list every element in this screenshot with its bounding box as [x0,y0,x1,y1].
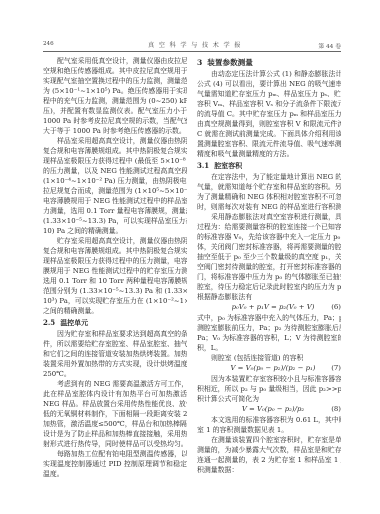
volume-label: 第 44 卷 [318,41,341,50]
equation: V = V₀(p₀ − p₂)/p₂(8) [197,404,341,415]
paragraph: 考虑到有的 NEG 需要高温激活方可工作，因此在样品室腔体内设计有加热平台可加热… [43,379,187,449]
equation: p₀V₀ + p₁V = p₂(V₀ + V)(6) [197,302,341,313]
text-line: 贮存室采用超高真空设计，测量仪器由热阴极 [43,236,187,246]
running-header: 246 真空科学与技术学报 第 44 卷 [43,40,341,51]
text-line: 加热管，激活温度≤500℃，样品台和加热棒隔空的 [43,419,187,429]
paragraph: 在测量该装置四个腔室容积时，贮存室是单独测量的，为减少暴露大气次数，样品室是和贮… [197,435,341,475]
text-line: 因为贮存室和样品室要求达到超高真空的条 [43,329,187,339]
text-line: 膜规用于 NEG 性能测试过程中的贮存室压力测量。 [43,266,187,276]
text-line: 则腔室 (包括连接管道) 的容积 [197,353,341,363]
text-line: 装置采用外置加热带的方式实现，设计烘烤温度≤ [43,359,187,369]
text-line: 为了测量精确和 NEG 体积相对腔室容积不可忽略 [197,192,341,202]
paragraph: 配气室采用低真空设计，测量仪器由皮拉尼真空规和绝压传感器组成。其中皮拉尼真空规用… [43,56,187,136]
section-number: 2.5 [43,316,55,329]
journal-title: 真空科学与技术学报 [43,40,341,49]
text-line: 件，所以需要给贮存室腔室、样品室腔室、抽气管道 [43,339,187,349]
text-line: 室 1 的容积测量数据见表 1。 [197,425,341,435]
text-line: 在定容法中，为了能定量地计算出 NEG 的吸 [197,172,341,182]
text-line: 复合规和电容薄膜规组成。其中热阴极复合规实 [43,146,187,156]
text-line: 样品室采用超高真空设计，测量仪器由热阴极 [43,136,187,146]
section-heading: 3.1腔室容积 [197,159,341,172]
paragraph: 在定容法中，为了能定量地计算出 NEG 的吸气量，就需知道每个贮存室和样品室的容… [197,172,341,212]
text-line: 考虑到有的 NEG 需要高温激活方可工作，因 [43,379,187,389]
text-line: C 就需在测试前测量完成。下面具体介绍利用该装 [197,129,341,139]
text-line: 气量，就需知道每个贮存室和样品室的容积。另外， [197,182,341,192]
text-line: 现样品室极限压力获得过程中的压力测量，电容薄 [43,256,187,266]
text-line: 积测量数据： [197,465,341,475]
text-line: 大于等于 1000 Pa 时参考绝压传感器的示数。 [43,126,187,136]
text-line: 腔室，待压力稳定后记录此时腔室内的压力为 p₂， [197,282,341,292]
text-line: 射形式进行热传导，同时使样品可以受热均匀。 [43,439,187,449]
text-line: 设计是为了防止样品和加热棒直接接触，采用热辐 [43,429,187,439]
text-line: 每路加热工位配有铂电阻型测温传感器，以 [43,449,187,459]
text-line: 的流导值 C。其中贮存室压力 pₘ 和样品室压力 pₛ [197,109,341,119]
text-line: (1.33×10⁻⁵~13.3) Pa，可以实现样品室压力在 (1×10⁻²~ [43,216,187,226]
text-line: 1000 Pa 时参考皮拉尼真空规的示数，当配气室压力 [43,116,187,126]
paragraph: 采用静态膨胀法对真空室容积进行测量，具体过程为：给需要测量容积的腔室连接一个已知… [197,212,341,302]
right-column: 3装置参数测量由动态定压法计算公式 (1) 和静态膨胀法计算公式 (4) 可以看… [197,57,341,475]
text-line: 的标准容器 V₀，先给该容器中充入一定压力 p₀ 的气 [197,232,341,242]
section-title: 温控单元 [60,318,88,327]
section-number: 3.1 [197,159,209,172]
equation-expression: V = V₀(p₀ − p₂)/(p₂ − p₁) [197,363,341,374]
text-line: 连通一起测量的，表 2 为贮存室 1 和样品室 1 总容 [197,455,341,465]
text-line: 式中，p₀ 为标准容器中充入的气体压力，Pa；p₁ 为待 [197,313,341,323]
text-line: 气量需知道贮存室压力 pₘ、样品室压力 pₛ、贮存室 [197,89,341,99]
text-line: 测腔室膨胀前压力，Pa；p₂ 为待测腔室膨胀后压力， [197,323,341,333]
text-line: 因为本装置贮存室容积较小且与标准容器容 [197,374,341,384]
text-line: 复合规和电容薄膜规组成。其中热阴极复合规实 [43,246,187,256]
paragraph: 因为贮存室和样品室要求达到超高真空的条件，所以需要给贮存室腔室、样品室腔室、抽气… [43,329,187,379]
text-line: 程中的充气压力监测，测量范围为 (0~250) kPa (绝 [43,96,187,106]
text-line: 和它们之间的连接管道安装加热烘烤装置。加热 [43,349,187,359]
text-line: 置测量腔室容积、限流元件流导值、吸气速率测量 [197,139,341,149]
text-line: 的压力测量，以及 NEG 性能测试过程高真空段 [43,166,187,176]
text-line: NEG 样品。样品放置台采用传热性能优良、放气率 [43,399,187,409]
text-line: 积相近，所以 p₂ 与 p₀ 量级相当，因此 p₂>>p₁，所以容 [197,384,341,394]
paragraph: 式中，p₀ 为标准容器中充入的气体压力，Pa；p₁ 为待测腔室膨胀前压力，Pa；… [197,313,341,353]
text-line: 积计算公式可简化为 [197,394,341,404]
text-line: 此在样品室腔体内设计有加热平台可加热激活 [43,389,187,399]
section-title: 装置参数测量 [207,58,253,67]
text-line: 温度。 [43,469,187,479]
text-line: 测量的，为减少暴露大气次数，样品室是和贮存室 [197,445,341,455]
equation-expression: p₀V₀ + p₁V = p₂(V₀ + V) [197,302,341,313]
text-line: 250℃。 [43,369,187,379]
text-line: 本文选用的标准容器容积为 0.61 L，其中贮存 [197,415,341,425]
header-divider [43,51,341,52]
text-line: 10) Pa 之间的精确测量。 [43,226,187,236]
text-line: 之间的精确测量。 [43,306,187,316]
section-title: 腔室容积 [214,161,242,170]
text-line: 门，将标准容器中压力为 p₀ 的气体膨胀至已抽空的 [197,272,341,282]
text-line: 范围分别为 (1.33×10⁻⁵~13.3) Pa 和 (1.33×10⁻³~1… [43,286,187,296]
equation-number: (6) [331,302,341,313]
text-line: 压)，并配置有数显监测仪表。配气室压力小于 [43,106,187,116]
text-line: 实现配气室抽空置换过程中的压力监测，测量范围 [43,76,187,86]
section-heading: 2.5温控单元 [43,316,187,329]
text-line: 在测量该装置四个腔室容积时，贮存室是单独 [197,435,341,445]
text-line: 体，关闭阀门密封标准容器，将再需要测量的腔室 [197,242,341,252]
paragraph: 每路加热工位配有铂电阻型测温传感器，以实现温度控制器通过 PID 控制原理调节和… [43,449,187,479]
text-line: 由动态定压法计算公式 (1) 和静态膨胀法计算 [197,69,341,79]
text-line: 10³) Pa，可以实现贮存室压力在 (1×10⁻²~1×10³) Pa [43,296,187,306]
text-line: 选用 0.1 Torr 和 10 Torr 两种量程电容薄膜规，测量 [43,276,187,286]
text-line: 空规和绝压传感器组成。其中皮拉尼真空规用于 [43,66,187,76]
paragraph: 则腔室 (包括连接管道) 的容积 [197,353,341,363]
text-line: 为 (5×10⁻¹~1×10⁵) Pa。绝压传感器用于实现充气过 [43,86,187,96]
equation-number: (7) [331,363,341,374]
text-line: 电容薄膜规用于 NEG 性能测试过程中的样品室压 [43,196,187,206]
paragraph: 样品室采用超高真空设计，测量仪器由热阴极复合规和电容薄膜规组成。其中热阴极复合规… [43,136,187,236]
left-column: 配气室采用低真空设计，测量仪器由皮拉尼真空规和绝压传感器组成。其中皮拉尼真空规用… [43,56,187,479]
section-heading: 3装置参数测量 [197,57,341,69]
text-line: 现样品室极限压力获得过程中 (最低至 5×10⁻⁸ Pa) [43,156,187,166]
equation: V = V₀(p₀ − p₂)/(p₂ − p₁)(7) [197,363,341,374]
paragraph: 因为本装置贮存室容积较小且与标准容器容积相近，所以 p₂ 与 p₀ 量级相当，因… [197,374,341,404]
text-line: 低的无氧铜材料制作，下面相隔一段距离安装 2 根 [43,409,187,419]
text-line: 采用静态膨胀法对真空室容积进行测量，具体 [197,212,341,222]
text-line: 空阀门密封待测量的腔室，打开密封标准容器的阀 [197,262,341,272]
paragraph: 贮存室采用超高真空设计，测量仪器由热阴极复合规和电容薄膜规组成。其中热阴极复合规… [43,236,187,316]
text-line: (1×10⁻⁴~1×10⁻² Pa) 压力测量，由热阴极电离规和皮 [43,176,187,186]
text-line: 拉尼规复合而成，测量范围为 (1×10⁵~5×10⁻⁸) Pa。 [43,186,187,196]
paragraph: 本文选用的标准容器容积为 0.61 L，其中贮存室 1 的容积测量数据见表 1。 [197,415,341,435]
paragraph: 由动态定压法计算公式 (1) 和静态膨胀法计算公式 (4) 可以看出，要计算出 … [197,69,341,159]
equation-expression: V = V₀(p₀ − p₂)/p₂ [197,404,341,415]
text-line: 抽空至低于 p₀ 至少三个数量级的真空度 p₁，关闭抽 [197,252,341,262]
text-line: 时，则需每次对装有 NEG 的样品室进行容积测量。 [197,202,341,212]
text-line: Pa；V₀ 为标准容器的容积，L；V 为待测腔室的容 [197,333,341,343]
text-line: 实现温度控制器通过 PID 控制原理调节和稳定 [43,459,187,469]
text-line: 根据静态膨胀法有 [197,292,341,302]
text-line: 精度和吸气量测量精度的方法。 [197,149,341,159]
text-line: 过程为：给需要测量容积的腔室连接一个已知容积 [197,222,341,232]
text-line: 配气室采用低真空设计，测量仪器由皮拉尼真 [43,56,187,66]
text-line: 力测量，选用 0.1 Torr 量程电容薄膜规，测量范围为 [43,206,187,216]
text-line: 积，L。 [197,343,341,353]
text-line: 由真空规测量得到，则腔室容积 V 和限流元件流导值 [197,119,341,129]
text-line: 容积 Vₘ、样品室容积 Vₛ 和分子流条件下限流元件 [197,99,341,109]
equation-number: (8) [331,404,341,415]
section-number: 3 [197,57,202,69]
text-line: 公式 (4) 可以看出，要计算出 NEG 的吸气速率和吸 [197,79,341,89]
